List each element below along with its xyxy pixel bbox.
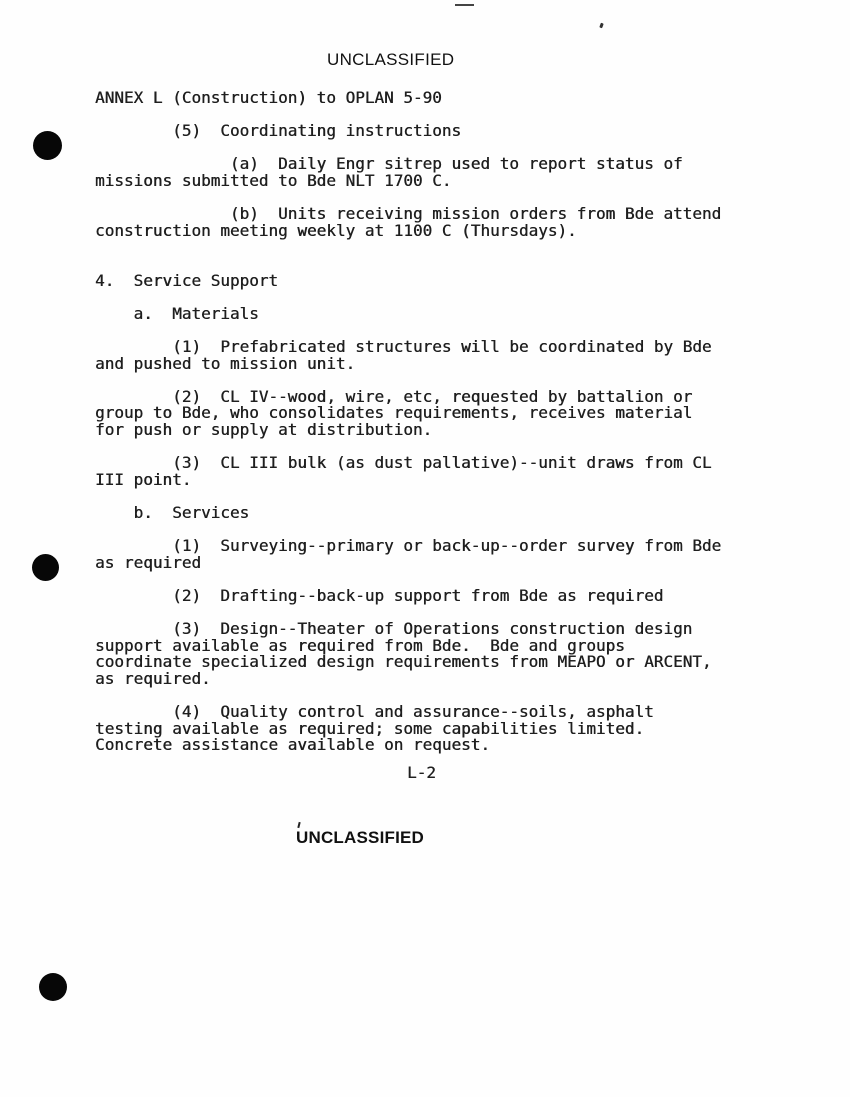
scan-artifact-speck bbox=[599, 23, 604, 29]
classification-header: UNCLASSIFIED bbox=[327, 50, 454, 70]
classification-footer: UNCLASSIFIED bbox=[296, 828, 424, 848]
para-4a-materials: a. Materials bbox=[95, 306, 795, 323]
para-4b4-quality-control: (4) Quality control and assurance--soils… bbox=[95, 704, 795, 754]
para-4b-services: b. Services bbox=[95, 505, 795, 522]
para-5b-mission-orders: (b) Units receiving mission orders from … bbox=[95, 206, 795, 239]
hole-punch-top bbox=[33, 131, 62, 160]
para-4a1-prefabricated: (1) Prefabricated structures will be coo… bbox=[95, 339, 795, 372]
annex-title-line: ANNEX L (Construction) to OPLAN 5-90 bbox=[95, 90, 795, 107]
hole-punch-middle bbox=[32, 554, 59, 581]
document-page: UNCLASSIFIED ANNEX L (Construction) to O… bbox=[0, 0, 850, 1097]
para-4b2-drafting: (2) Drafting--back-up support from Bde a… bbox=[95, 588, 795, 605]
para-5a-daily-sitrep: (a) Daily Engr sitrep used to report sta… bbox=[95, 156, 795, 189]
para-4b1-surveying: (1) Surveying--primary or back-up--order… bbox=[95, 538, 795, 571]
para-4a2-cl-iv: (2) CL IV--wood, wire, etc, requested by… bbox=[95, 389, 795, 439]
page-number: L-2 bbox=[407, 763, 436, 782]
para-4-service-support: 4. Service Support bbox=[95, 273, 795, 290]
para-4a3-cl-iii: (3) CL III bulk (as dust pallative)--uni… bbox=[95, 455, 795, 488]
para-5-coordinating: (5) Coordinating instructions bbox=[95, 123, 795, 140]
hole-punch-bottom bbox=[39, 973, 67, 1001]
scan-artifact-dash bbox=[455, 4, 474, 6]
para-4b3-design: (3) Design--Theater of Operations constr… bbox=[95, 621, 795, 687]
document-body: ANNEX L (Construction) to OPLAN 5-90 (5)… bbox=[95, 90, 795, 754]
